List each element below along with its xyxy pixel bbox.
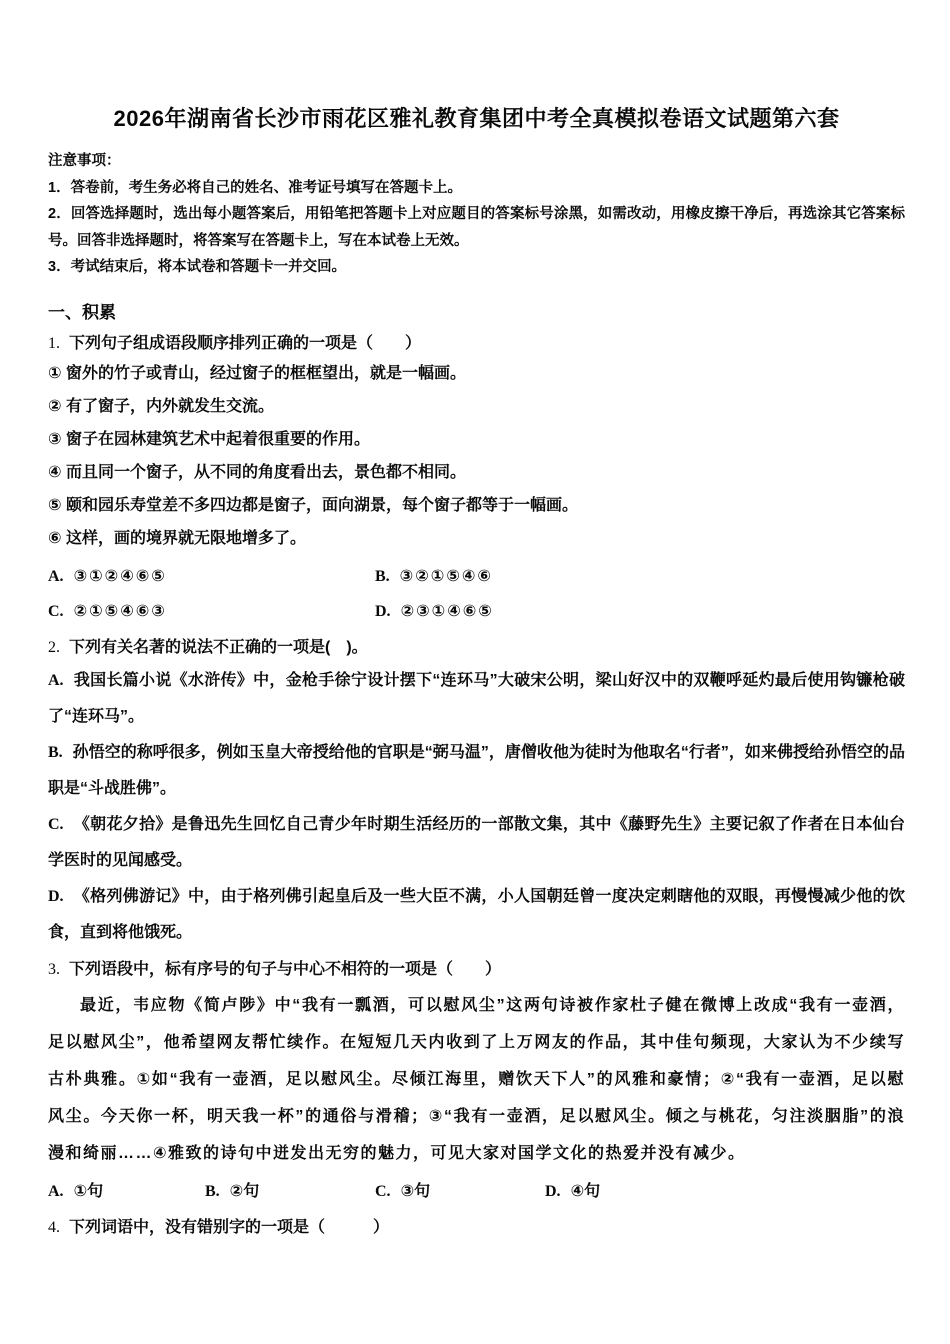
question-4-stem: 下列词语中，没有错别字的一项是（ ）: [69, 1219, 389, 1236]
q2-option-d-label: D.: [48, 888, 64, 905]
q1-option-b-text: ③②①⑤④⑥: [400, 568, 493, 585]
q3-option-b: B.②句: [205, 1174, 375, 1209]
q2-option-a-text: 我国长篇小说《水浒传》中，金枪手徐宁设计摆下“连环马”大破宋公明，梁山好汉中的双…: [48, 672, 905, 725]
question-4-number: 4.: [48, 1219, 60, 1236]
q3-option-b-text: ②句: [230, 1183, 260, 1200]
q3-option-b-label: B.: [205, 1183, 220, 1200]
question-2-stem: 下列有关名著的说法不正确的一项是( )。: [69, 639, 368, 656]
q2-option-a-label: A.: [48, 672, 64, 689]
q3-option-a: A.①句: [48, 1174, 205, 1209]
q3-option-d: D.④句: [545, 1174, 600, 1209]
notice-heading: 注意事项：: [48, 148, 905, 175]
q1-sentence-4: ④ 而且同一个窗子，从不同的角度看出去，景色都不相同。: [48, 456, 905, 489]
section-heading-accumulation: 一、积累: [48, 301, 905, 325]
q3-option-a-text: ①句: [74, 1183, 104, 1200]
question-1: 1.下列句子组成语段顺序排列正确的一项是（ ） ① 窗外的竹子或青山，经过窗子的…: [48, 331, 905, 629]
q2-option-c-text: 《朝花夕拾》是鲁迅先生回忆自己青少年时期生活经历的一部散文集，其中《藤野先生》主…: [48, 816, 905, 869]
q3-option-c-text: ③句: [401, 1183, 431, 1200]
question-3-number: 3.: [48, 961, 60, 978]
q1-option-a: A.③①②④⑥⑤: [48, 559, 375, 594]
question-4: 4.下列词语中，没有错别字的一项是（ ）: [48, 1215, 905, 1241]
q3-option-d-label: D.: [545, 1183, 561, 1200]
q1-option-d-label: D.: [375, 603, 391, 620]
q3-options: A.①句 B.②句 C.③句 D.④句: [48, 1174, 905, 1209]
question-3: 3.下列语段中，标有序号的句子与中心不相符的一项是（ ） 最近，韦应物《简卢陟》…: [48, 957, 905, 1209]
q3-option-d-text: ④句: [571, 1183, 601, 1200]
question-3-stem-row: 3.下列语段中，标有序号的句子与中心不相符的一项是（ ）: [48, 957, 905, 983]
q1-sentence-2: ② 有了窗子，内外就发生交流。: [48, 390, 905, 423]
q1-option-b: B.③②①⑤④⑥: [375, 559, 494, 594]
q2-option-b: B.孙悟空的称呼很多，例如玉皇大帝授给他的官职是“弼马温”，唐僧收他为徒时为他取…: [48, 735, 905, 807]
q1-sentence-1: ① 窗外的竹子或青山，经过窗子的框框望出，就是一幅画。: [48, 357, 905, 390]
question-2-number: 2.: [48, 639, 60, 656]
q1-sentence-6: ⑥ 这样，画的境界就无限地增多了。: [48, 522, 905, 555]
page-title: 2026年湖南省长沙市雨花区雅礼教育集团中考全真模拟卷语文试题第六套: [48, 104, 905, 134]
q2-option-a: A.我国长篇小说《水浒传》中，金枪手徐宁设计摆下“连环马”大破宋公明，梁山好汉中…: [48, 663, 905, 735]
notice-item-1: 1．答卷前，考生务必将自己的姓名、准考证号填写在答题卡上。: [48, 175, 905, 202]
question-2: 2.下列有关名著的说法不正确的一项是( )。 A.我国长篇小说《水浒传》中，金枪…: [48, 635, 905, 951]
notice-item-2: 2．回答选择题时，选出每小题答案后，用铅笔把答题卡上对应题目的答案标号涂黑，如需…: [48, 201, 905, 254]
q1-option-b-label: B.: [375, 568, 390, 585]
question-1-stem: 下列句子组成语段顺序排列正确的一项是（ ）: [69, 335, 421, 352]
q2-option-c: C.《朝花夕拾》是鲁迅先生回忆自己青少年时期生活经历的一部散文集，其中《藤野先生…: [48, 807, 905, 879]
q1-sentence-3: ③ 窗子在园林建筑艺术中起着很重要的作用。: [48, 423, 905, 456]
q3-passage: 最近，韦应物《简卢陟》中“我有一瓢酒，可以慰风尘”这两句诗被作家杜子健在微博上改…: [48, 987, 905, 1172]
q3-option-c: C.③句: [375, 1174, 545, 1209]
q2-option-b-text: 孙悟空的称呼很多，例如玉皇大帝授给他的官职是“弼马温”，唐僧收他为徒时为他取名“…: [48, 744, 905, 797]
question-1-number: 1.: [48, 335, 60, 352]
q1-option-c-label: C.: [48, 603, 64, 620]
q1-option-c-text: ②①⑤④⑥③: [74, 603, 167, 620]
q1-option-a-text: ③①②④⑥⑤: [74, 568, 167, 585]
q1-options: A.③①②④⑥⑤ B.③②①⑤④⑥ C.②①⑤④⑥③ D.②③①④⑥⑤: [48, 559, 905, 629]
q1-option-d-text: ②③①④⑥⑤: [401, 603, 494, 620]
exam-paper-page: 2026年湖南省长沙市雨花区雅礼教育集团中考全真模拟卷语文试题第六套 注意事项：…: [0, 0, 950, 1344]
notice-item-3: 3．考试结束后，将本试卷和答题卡一并交回。: [48, 254, 905, 281]
question-1-stem-row: 1.下列句子组成语段顺序排列正确的一项是（ ）: [48, 331, 905, 357]
q1-option-c: C.②①⑤④⑥③: [48, 594, 375, 629]
question-4-stem-row: 4.下列词语中，没有错别字的一项是（ ）: [48, 1215, 905, 1241]
q1-sentence-5: ⑤ 颐和园乐寿堂差不多四边都是窗子，面向湖景，每个窗子都等于一幅画。: [48, 489, 905, 522]
q2-option-b-label: B.: [48, 744, 63, 761]
q2-option-d-text: 《格列佛游记》中，由于格列佛引起皇后及一些大臣不满，小人国朝廷曾一度决定刺瞎他的…: [48, 888, 905, 941]
q2-options: A.我国长篇小说《水浒传》中，金枪手徐宁设计摆下“连环马”大破宋公明，梁山好汉中…: [48, 663, 905, 951]
q2-option-c-label: C.: [48, 816, 64, 833]
q1-option-d: D.②③①④⑥⑤: [375, 594, 494, 629]
q3-option-a-label: A.: [48, 1183, 64, 1200]
question-2-stem-row: 2.下列有关名著的说法不正确的一项是( )。: [48, 635, 905, 661]
q2-option-d: D.《格列佛游记》中，由于格列佛引起皇后及一些大臣不满，小人国朝廷曾一度决定刺瞎…: [48, 879, 905, 951]
q3-option-c-label: C.: [375, 1183, 391, 1200]
q1-option-a-label: A.: [48, 568, 64, 585]
notice-section: 注意事项： 1．答卷前，考生务必将自己的姓名、准考证号填写在答题卡上。 2．回答…: [48, 148, 905, 281]
question-3-stem: 下列语段中，标有序号的句子与中心不相符的一项是（ ）: [69, 961, 501, 978]
